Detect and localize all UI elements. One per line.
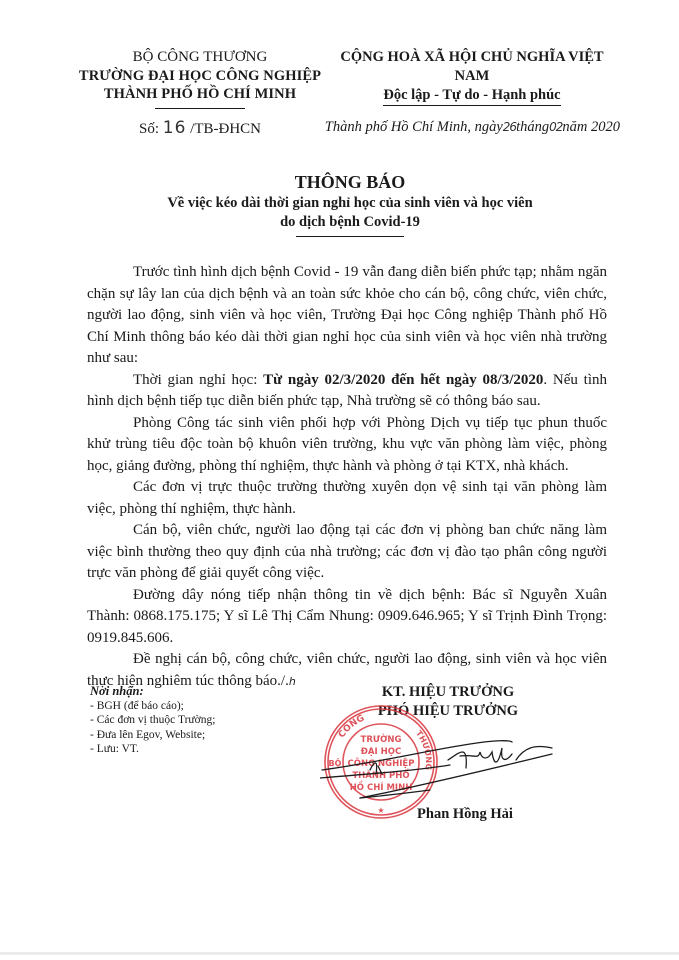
year-label: năm 2020: [562, 119, 620, 135]
nation-name: CỘNG HOÀ XÃ HỘI CHỦ NGHĨA VIỆT NAM: [322, 48, 622, 86]
svg-text:★: ★: [377, 806, 384, 815]
paragraph-staff-duty: Cán bộ, viên chức, người lao động tại cá…: [87, 520, 607, 585]
recipient-item: - BGH (để báo cáo);: [90, 699, 310, 714]
recipients-block: Nơi nhận: - BGH (để báo cáo); - Các đơn …: [90, 684, 310, 757]
document-title: THÔNG BÁO: [60, 170, 640, 194]
signature-title-line1: KT. HIỆU TRƯỞNG: [348, 683, 548, 702]
recipients-label: Nơi nhận:: [90, 684, 310, 699]
scan-edge-divider: [0, 952, 679, 955]
recipient-item: - Lưu: VT.: [90, 742, 310, 757]
title-divider: [296, 236, 404, 237]
document-number: Số: 16 /TB-ĐHCN: [60, 118, 340, 138]
document-title-block: THÔNG BÁO Về việc kéo dài thời gian nghỉ…: [60, 170, 640, 237]
issuer-header: BỘ CÔNG THƯƠNG TRƯỜNG ĐẠI HỌC CÔNG NGHIỆ…: [60, 48, 340, 109]
document-subtitle-line2: do dịch bệnh Covid-19: [60, 213, 640, 232]
doc-number-handwritten: 16: [163, 118, 187, 138]
signer-name: Phan Hồng Hải: [400, 806, 530, 823]
paragraph-disinfection: Phòng Công tác sinh viên phối hợp với Ph…: [87, 413, 607, 478]
paragraph-hotline: Đường dây nóng tiếp nhận thông tin về dị…: [87, 585, 607, 650]
handwritten-signature-icon: [320, 730, 560, 800]
school-name-line1: TRƯỜNG ĐẠI HỌC CÔNG NGHIỆP: [60, 67, 340, 85]
recipient-item: - Các đơn vị thuộc Trường;: [90, 713, 310, 728]
paragraph-break-period: Thời gian nghỉ học: Từ ngày 02/3/2020 đế…: [87, 370, 607, 413]
month-handwritten: 02: [549, 120, 562, 134]
paragraph-context: Trước tình hình dịch bệnh Covid - 19 vẫn…: [87, 262, 607, 370]
national-motto: Độc lập - Tự do - Hạnh phúc: [383, 86, 560, 106]
place-and-date: Thành phố Hồ Chí Minh, ngày26tháng02năm …: [300, 119, 620, 136]
ministry-name: BỘ CÔNG THƯƠNG: [60, 48, 340, 67]
national-header: CỘNG HOÀ XÃ HỘI CHỦ NGHĨA VIỆT NAM Độc l…: [322, 48, 622, 106]
break-period-dates: Từ ngày 02/3/2020 đến hết ngày 08/3/2020: [263, 372, 543, 388]
day-handwritten: 26: [503, 120, 516, 134]
recipient-item: - Đưa lên Egov, Website;: [90, 728, 310, 743]
doc-number-suffix: /TB-ĐHCN: [190, 121, 261, 137]
school-name-line2: THÀNH PHỐ HỒ CHÍ MINH: [60, 85, 340, 103]
doc-number-prefix: Số:: [139, 121, 159, 137]
document-subtitle-line1: Về việc kéo dài thời gian nghỉ học của s…: [60, 194, 640, 213]
place-date-prefix: Thành phố Hồ Chí Minh, ngày: [325, 119, 503, 135]
header-left-divider: [155, 108, 245, 109]
paragraph-cleaning: Các đơn vị trực thuộc trường thường xuyê…: [87, 477, 607, 520]
month-label: tháng: [516, 119, 549, 135]
document-body: Trước tình hình dịch bệnh Covid - 19 vẫn…: [87, 262, 607, 692]
break-period-label: Thời gian nghỉ học:: [133, 372, 263, 388]
